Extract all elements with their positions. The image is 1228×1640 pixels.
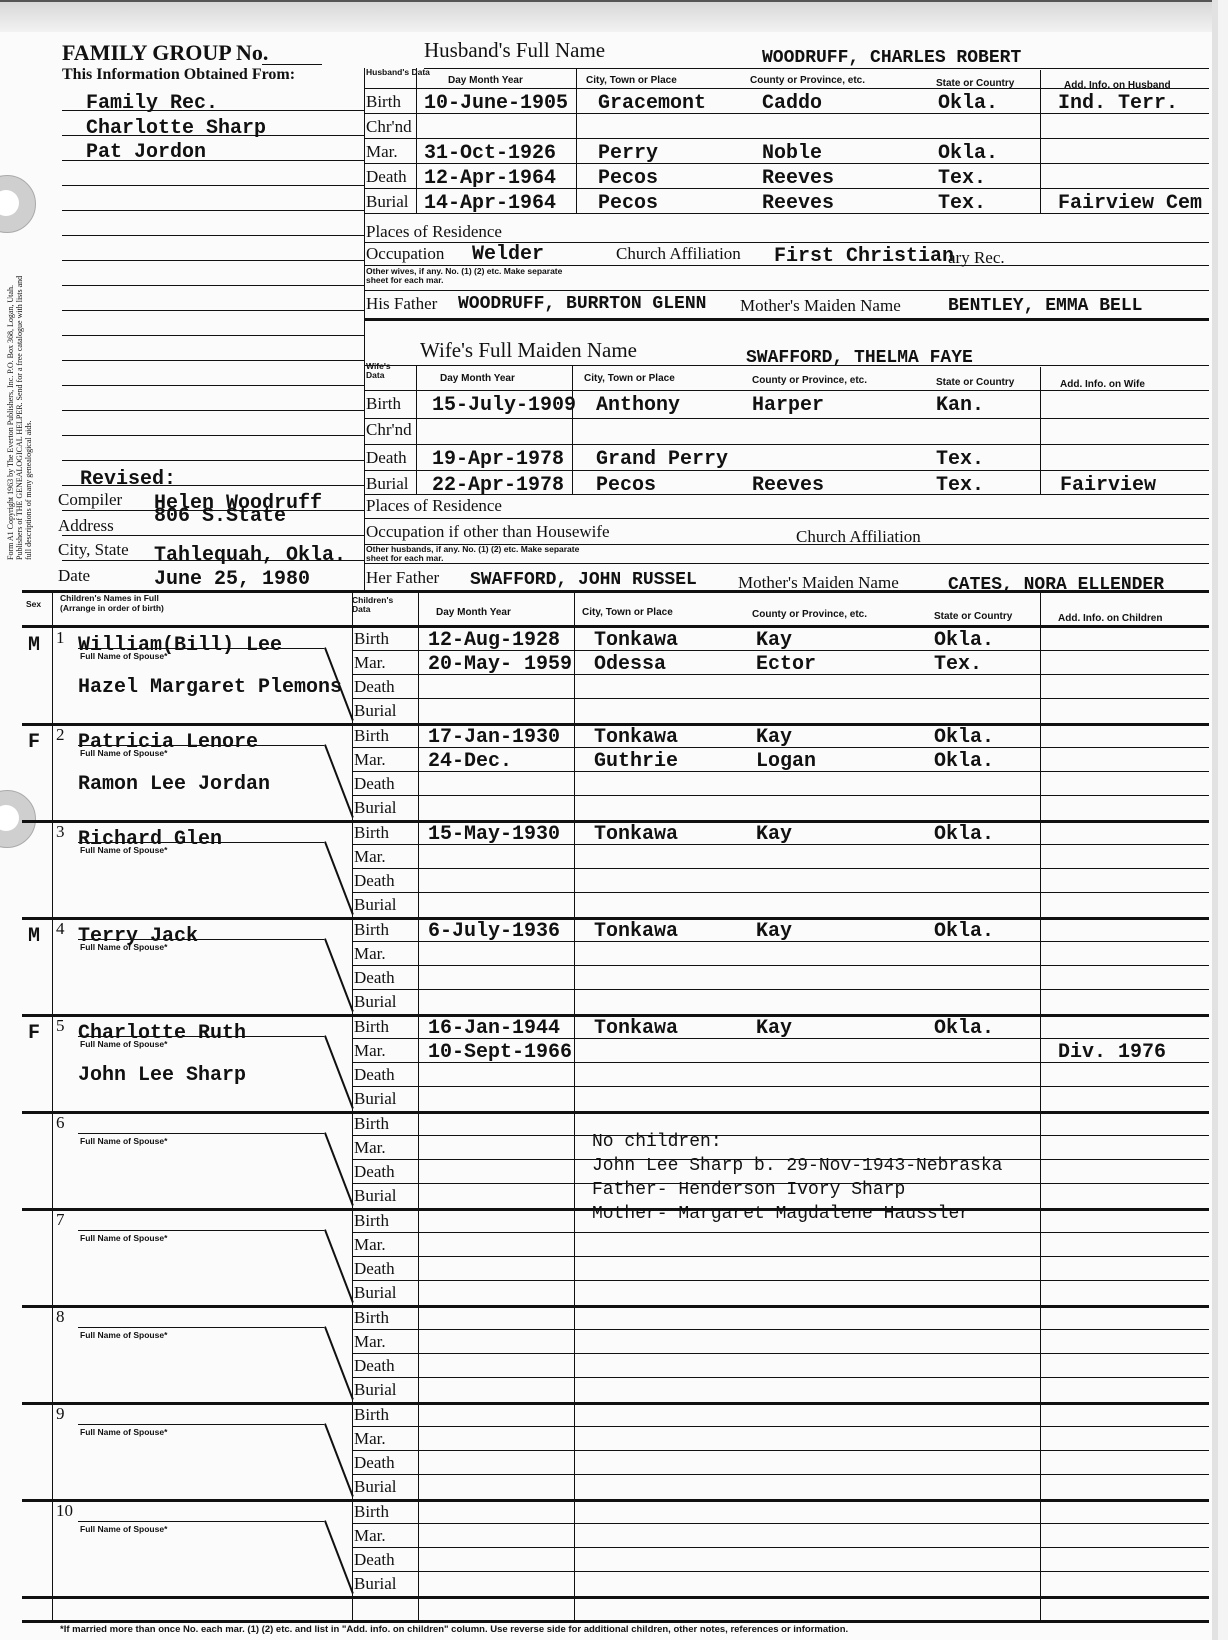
col-divider bbox=[572, 365, 573, 494]
table-rule bbox=[364, 390, 1209, 391]
spouse-label: Full Name of Spouse* bbox=[80, 1234, 167, 1243]
husband-event-date: 10-June-1905 bbox=[424, 92, 568, 115]
child-event-type: Mar. bbox=[354, 944, 386, 964]
spouse-line bbox=[78, 648, 324, 649]
table-rule bbox=[352, 1159, 1209, 1160]
divider bbox=[364, 318, 1209, 321]
wife-name-label: Wife's Full Maiden Name bbox=[420, 338, 637, 363]
husband-event-type: Burial bbox=[366, 192, 409, 212]
wife-event-city: Anthony bbox=[596, 394, 680, 417]
spouse-line-diagonal bbox=[324, 1326, 354, 1400]
child-event-type: Burial bbox=[354, 1089, 397, 1109]
divider bbox=[364, 518, 1209, 519]
col-date-header: Day Month Year bbox=[440, 373, 515, 384]
city-state-label: City, State bbox=[58, 540, 129, 560]
child-event-date: 12-Aug-1928 bbox=[428, 629, 560, 652]
table-rule bbox=[364, 88, 1209, 89]
husband-event-type: Birth bbox=[366, 92, 401, 112]
child-event-type: Burial bbox=[354, 895, 397, 915]
col-divider bbox=[52, 592, 53, 1620]
husband-event-type: Death bbox=[366, 167, 407, 187]
child-event-type: Birth bbox=[354, 1017, 389, 1037]
child-number: 8 bbox=[56, 1307, 65, 1327]
child-event-date: 17-Jan-1930 bbox=[428, 726, 560, 749]
child-sex: F bbox=[28, 1022, 40, 1045]
spouse-label: Full Name of Spouse* bbox=[80, 1137, 167, 1146]
punch-hole bbox=[0, 175, 36, 233]
table-rule bbox=[352, 868, 1209, 869]
child-event-city: Guthrie bbox=[594, 750, 678, 773]
table-rule bbox=[352, 1571, 1209, 1572]
child-event-type: Mar. bbox=[354, 1429, 386, 1449]
spouse-line-diagonal bbox=[324, 841, 354, 915]
table-rule bbox=[352, 795, 1209, 796]
child-event-type: Mar. bbox=[354, 653, 386, 673]
child-event-state: Okla. bbox=[934, 750, 994, 773]
spouse-line bbox=[78, 1036, 324, 1037]
ruled-line bbox=[62, 110, 364, 111]
family-group-sheet: FAMILY GROUP No. Husband's Full Name WOO… bbox=[0, 0, 1218, 1640]
table-rule bbox=[352, 1183, 1209, 1184]
col-county-header: County or Province, etc. bbox=[750, 75, 865, 86]
husband-event-date: 31-Oct-1926 bbox=[424, 142, 556, 165]
family-group-number-line bbox=[262, 64, 322, 65]
child-event-info: Div. 1976 bbox=[1058, 1041, 1166, 1064]
child-event-type: Burial bbox=[354, 701, 397, 721]
husband-occupation-label: Occupation bbox=[366, 244, 444, 264]
spouse-line bbox=[78, 745, 324, 746]
child-event-county: Kay bbox=[756, 629, 792, 652]
ruled-line bbox=[62, 160, 364, 161]
ruled-line bbox=[62, 535, 364, 536]
child-event-type: Birth bbox=[354, 1308, 389, 1328]
table-rule bbox=[364, 418, 1209, 419]
child-event-type: Death bbox=[354, 677, 395, 697]
child-event-type: Death bbox=[354, 1356, 395, 1376]
child-number: 1 bbox=[56, 628, 65, 648]
divider bbox=[22, 1620, 1209, 1623]
ruled-line bbox=[62, 335, 364, 336]
col-state-header: State or Country bbox=[936, 377, 1014, 388]
wife-event-city: Pecos bbox=[596, 474, 656, 497]
footnote: *If married more than once No. each mar.… bbox=[60, 1624, 848, 1635]
child-event-type: Death bbox=[354, 774, 395, 794]
ruled-line bbox=[62, 485, 364, 486]
spouse-label: Full Name of Spouse* bbox=[80, 1040, 167, 1049]
husband-event-info: Fairview Cem bbox=[1058, 192, 1202, 215]
table-rule bbox=[352, 892, 1209, 893]
compiler-label: Compiler bbox=[58, 490, 122, 510]
child-number: 7 bbox=[56, 1210, 65, 1230]
child-sex: M bbox=[28, 634, 40, 657]
col-divider bbox=[576, 68, 577, 213]
col-date-header: Day Month Year bbox=[436, 607, 511, 618]
wife-event-date: 15-July-1909 bbox=[432, 394, 576, 417]
child-event-type: Birth bbox=[354, 629, 389, 649]
spouse-line bbox=[78, 1327, 324, 1328]
husband-event-date: 12-Apr-1964 bbox=[424, 167, 556, 190]
ruled-line bbox=[62, 385, 364, 386]
husband-event-county: Reeves bbox=[762, 167, 834, 190]
date-label: Date bbox=[58, 566, 90, 586]
wife-event-state: Kan. bbox=[936, 394, 984, 417]
child-event-type: Death bbox=[354, 1162, 395, 1182]
child-event-type: Mar. bbox=[354, 1235, 386, 1255]
divider bbox=[22, 590, 1209, 593]
ruled-line bbox=[62, 260, 364, 261]
child-number: 2 bbox=[56, 725, 65, 745]
col-add-info-header: Add. Info. on Husband bbox=[1064, 80, 1171, 91]
other-wives-label: Other wives, if any. No. (1) (2) etc. Ma… bbox=[366, 267, 586, 285]
child-event-type: Death bbox=[354, 1259, 395, 1279]
child-block-divider bbox=[22, 1402, 1209, 1405]
spouse-line bbox=[78, 842, 324, 843]
table-rule bbox=[364, 444, 1209, 445]
child-number: 5 bbox=[56, 1016, 65, 1036]
table-rule bbox=[352, 1038, 1209, 1039]
child-event-type: Burial bbox=[354, 1380, 397, 1400]
table-rule bbox=[352, 698, 1209, 699]
child-event-city: Odessa bbox=[594, 653, 666, 676]
child-event-state: Okla. bbox=[934, 1017, 994, 1040]
punch-hole bbox=[0, 790, 36, 848]
divider bbox=[364, 563, 1209, 564]
child-event-state: Okla. bbox=[934, 823, 994, 846]
table-rule bbox=[352, 1135, 1209, 1136]
child-event-date: 16-Jan-1944 bbox=[428, 1017, 560, 1040]
husband-father: WOODRUFF, BURRTON GLENN bbox=[458, 294, 706, 314]
child-event-type: Mar. bbox=[354, 1041, 386, 1061]
table-rule bbox=[364, 365, 1209, 366]
husband-name: WOODRUFF, CHARLES ROBERT bbox=[762, 48, 1021, 68]
husband-event-city: Gracemont bbox=[598, 92, 706, 115]
table-rule bbox=[352, 844, 1209, 845]
child-event-type: Birth bbox=[354, 1211, 389, 1231]
col-divider bbox=[1040, 70, 1041, 213]
spouse-label: Full Name of Spouse* bbox=[80, 846, 167, 855]
child-event-type: Death bbox=[354, 1453, 395, 1473]
child-number: 3 bbox=[56, 822, 65, 842]
child-block-divider bbox=[22, 1596, 1209, 1599]
ruled-line bbox=[62, 210, 364, 211]
child-event-type: Death bbox=[354, 1065, 395, 1085]
table-rule bbox=[352, 1062, 1209, 1063]
husband-event-state: Tex. bbox=[938, 192, 986, 215]
ruled-line bbox=[62, 135, 364, 136]
spouse-line-diagonal bbox=[324, 1229, 354, 1303]
table-rule bbox=[352, 1280, 1209, 1281]
address-label: Address bbox=[58, 516, 114, 536]
note-line-4: Mother- Margaret Magdalene Haussler bbox=[592, 1204, 970, 1224]
wife-event-date: 19-Apr-1978 bbox=[432, 448, 564, 471]
child-spouse: Hazel Margaret Plemons bbox=[78, 676, 342, 699]
husband-event-city: Pecos bbox=[598, 192, 658, 215]
divider bbox=[22, 625, 1209, 628]
child-event-date: 10-Sept-1966 bbox=[428, 1041, 572, 1064]
col-county-header: County or Province, etc. bbox=[752, 609, 867, 620]
child-number: 10 bbox=[56, 1501, 73, 1521]
spouse-label: Full Name of Spouse* bbox=[80, 1331, 167, 1340]
table-rule bbox=[352, 747, 1209, 748]
child-event-date: 6-July-1936 bbox=[428, 920, 560, 943]
child-event-type: Mar. bbox=[354, 1332, 386, 1352]
spouse-line bbox=[78, 939, 324, 940]
children-data-header: Children's Data bbox=[352, 596, 402, 614]
husband-occupation: Welder bbox=[472, 243, 544, 266]
child-event-type: Mar. bbox=[354, 1138, 386, 1158]
table-rule bbox=[352, 1474, 1209, 1475]
child-event-type: Burial bbox=[354, 1477, 397, 1497]
divider bbox=[364, 68, 365, 590]
ruled-line bbox=[62, 285, 364, 286]
child-block-divider bbox=[22, 1111, 1209, 1114]
source-1: Family Rec. bbox=[86, 92, 218, 115]
husband-event-county: Noble bbox=[762, 142, 822, 165]
wife-event-county: Reeves bbox=[752, 474, 824, 497]
table-rule bbox=[352, 1329, 1209, 1330]
spouse-line bbox=[78, 1133, 324, 1134]
table-rule bbox=[352, 771, 1209, 772]
ruled-line bbox=[62, 310, 364, 311]
spouse-label: Full Name of Spouse* bbox=[80, 1428, 167, 1437]
child-event-date: 20-May- 1959 bbox=[428, 653, 572, 676]
table-rule bbox=[352, 674, 1209, 675]
ruled-line bbox=[62, 560, 364, 561]
table-rule bbox=[352, 1086, 1209, 1087]
husband-father-label: His Father bbox=[366, 294, 437, 314]
spouse-line bbox=[78, 1230, 324, 1231]
col-county-header: County or Province, etc. bbox=[752, 375, 867, 386]
wife-occupation-label: Occupation if other than Housewife bbox=[366, 522, 610, 542]
col-city-header: City, Town or Place bbox=[584, 373, 675, 384]
address-value: 806 S.State bbox=[154, 505, 286, 528]
child-event-city: Tonkawa bbox=[594, 726, 678, 749]
child-event-type: Death bbox=[354, 968, 395, 988]
child-event-city: Tonkawa bbox=[594, 823, 678, 846]
wife-event-type: Burial bbox=[366, 474, 409, 494]
child-event-type: Mar. bbox=[354, 750, 386, 770]
spouse-label: Full Name of Spouse* bbox=[80, 652, 167, 661]
spouse-label: Full Name of Spouse* bbox=[80, 1525, 167, 1534]
wife-event-type: Chr'nd bbox=[366, 420, 412, 440]
table-rule bbox=[352, 1353, 1209, 1354]
divider bbox=[424, 68, 1209, 69]
husband-event-city: Pecos bbox=[598, 167, 658, 190]
child-number: 9 bbox=[56, 1404, 65, 1424]
child-event-date: 24-Dec. bbox=[428, 750, 512, 773]
child-event-type: Burial bbox=[354, 1574, 397, 1594]
child-event-county: Kay bbox=[756, 920, 792, 943]
husband-event-state: Okla. bbox=[938, 142, 998, 165]
spouse-line bbox=[78, 1521, 324, 1522]
child-event-type: Birth bbox=[354, 726, 389, 746]
child-event-county: Kay bbox=[756, 823, 792, 846]
spouse-line-diagonal bbox=[324, 1132, 354, 1206]
child-event-type: Burial bbox=[354, 992, 397, 1012]
page-top-edge bbox=[0, 0, 1212, 32]
wife-residence-label: Places of Residence bbox=[366, 496, 502, 516]
child-event-county: Logan bbox=[756, 750, 816, 773]
husband-data-header: Husband's Data bbox=[366, 68, 430, 77]
wife-event-county: Harper bbox=[752, 394, 824, 417]
ruled-line bbox=[62, 410, 364, 411]
wife-event-city: Grand Perry bbox=[596, 448, 728, 471]
child-event-type: Birth bbox=[354, 920, 389, 940]
wife-father: SWAFFORD, JOHN RUSSEL bbox=[470, 570, 697, 590]
table-rule bbox=[352, 1450, 1209, 1451]
child-number: 4 bbox=[56, 919, 65, 939]
table-rule bbox=[352, 650, 1209, 651]
city-state-value: Tahlequah, Okla. bbox=[154, 544, 346, 567]
husband-event-type: Mar. bbox=[366, 142, 398, 162]
other-husbands-label: Other husbands, if any. No. (1) (2) etc.… bbox=[366, 545, 596, 563]
child-event-state: Okla. bbox=[934, 629, 994, 652]
child-spouse: Ramon Lee Jordan bbox=[78, 773, 270, 796]
table-rule bbox=[352, 965, 1209, 966]
child-number: 6 bbox=[56, 1113, 65, 1133]
table-rule bbox=[364, 138, 1209, 139]
spouse-line-diagonal bbox=[324, 1423, 354, 1497]
husband-church-label: Church Affiliation bbox=[616, 244, 741, 264]
child-sex: F bbox=[28, 731, 40, 754]
divider bbox=[364, 290, 1209, 291]
table-rule bbox=[352, 1426, 1209, 1427]
husband-mother: BENTLEY, EMMA BELL bbox=[948, 296, 1142, 316]
table-rule bbox=[352, 941, 1209, 942]
form-title: FAMILY GROUP No. bbox=[62, 40, 268, 66]
child-event-type: Birth bbox=[354, 823, 389, 843]
child-event-date: 15-May-1930 bbox=[428, 823, 560, 846]
sex-header: Sex bbox=[26, 600, 41, 609]
table-rule bbox=[352, 1232, 1209, 1233]
child-event-type: Death bbox=[354, 1550, 395, 1570]
ruled-line bbox=[62, 510, 364, 511]
husband-event-date: 14-Apr-1964 bbox=[424, 192, 556, 215]
husband-event-county: Reeves bbox=[762, 192, 834, 215]
spouse-label: Full Name of Spouse* bbox=[80, 749, 167, 758]
col-divider bbox=[1040, 367, 1041, 494]
child-event-type: Birth bbox=[354, 1502, 389, 1522]
table-rule bbox=[352, 1547, 1209, 1548]
spouse-line-diagonal bbox=[324, 1520, 354, 1594]
child-block-divider bbox=[22, 1499, 1209, 1502]
child-event-type: Mar. bbox=[354, 1526, 386, 1546]
child-block-divider bbox=[22, 1208, 1209, 1211]
child-spouse: John Lee Sharp bbox=[78, 1064, 246, 1087]
child-event-type: Burial bbox=[354, 1283, 397, 1303]
child-event-type: Burial bbox=[354, 798, 397, 818]
wife-event-date: 22-Apr-1978 bbox=[432, 474, 564, 497]
husband-event-city: Perry bbox=[598, 142, 658, 165]
ruled-line bbox=[62, 360, 364, 361]
wife-event-type: Birth bbox=[366, 394, 401, 414]
children-names-header: Children's Names in Full bbox=[60, 594, 159, 603]
col-city-header: City, Town or Place bbox=[586, 75, 677, 86]
spouse-line-diagonal bbox=[324, 1035, 354, 1109]
wife-event-state: Tex. bbox=[936, 474, 984, 497]
child-block-divider bbox=[22, 1305, 1209, 1308]
child-event-type: Mar. bbox=[354, 847, 386, 867]
ruled-line bbox=[62, 460, 364, 461]
child-event-type: Birth bbox=[354, 1405, 389, 1425]
child-event-county: Kay bbox=[756, 1017, 792, 1040]
spouse-line-diagonal bbox=[324, 938, 354, 1012]
child-event-type: Death bbox=[354, 871, 395, 891]
source-2: Charlotte Sharp bbox=[86, 117, 266, 140]
child-event-state: Okla. bbox=[934, 920, 994, 943]
ruled-line bbox=[62, 235, 364, 236]
wife-father-label: Her Father bbox=[366, 568, 439, 588]
col-city-header: City, Town or Place bbox=[582, 607, 673, 618]
child-event-city: Tonkawa bbox=[594, 1017, 678, 1040]
child-event-type: Birth bbox=[354, 1114, 389, 1134]
husband-event-info: Ind. Terr. bbox=[1058, 92, 1178, 115]
obtained-from-label: This Information Obtained From: bbox=[62, 66, 295, 84]
revised-label: Revised: bbox=[80, 468, 176, 491]
child-event-city: Tonkawa bbox=[594, 629, 678, 652]
husband-event-state: Tex. bbox=[938, 167, 986, 190]
child-event-state: Tex. bbox=[934, 653, 982, 676]
table-rule bbox=[352, 989, 1209, 990]
date-value: June 25, 1980 bbox=[154, 568, 310, 591]
col-divider bbox=[416, 365, 417, 494]
child-event-county: Ector bbox=[756, 653, 816, 676]
ruled-line bbox=[62, 435, 364, 436]
col-add-info-header: Add. Info. on Children bbox=[1058, 613, 1162, 624]
wife-event-state: Tex. bbox=[936, 448, 984, 471]
husband-event-state: Okla. bbox=[938, 92, 998, 115]
ruled-line bbox=[62, 185, 364, 186]
copyright-notice: Form A1 Copyright 1963 by The Everton Pu… bbox=[6, 270, 33, 560]
husband-residence-label: Places of Residence bbox=[366, 222, 502, 242]
col-state-header: State or Country bbox=[934, 611, 1012, 622]
wife-event-type: Death bbox=[366, 448, 407, 468]
child-event-state: Okla. bbox=[934, 726, 994, 749]
children-names-subheader: (Arrange in order of birth) bbox=[60, 604, 164, 613]
table-rule bbox=[352, 1377, 1209, 1378]
husband-event-type: Chr'nd bbox=[366, 117, 412, 137]
table-rule bbox=[352, 1523, 1209, 1524]
spouse-line-diagonal bbox=[324, 744, 354, 818]
spouse-label: Full Name of Spouse* bbox=[80, 943, 167, 952]
husband-event-county: Caddo bbox=[762, 92, 822, 115]
child-event-city: Tonkawa bbox=[594, 920, 678, 943]
col-divider bbox=[416, 68, 417, 213]
table-rule bbox=[352, 1256, 1209, 1257]
child-event-type: Burial bbox=[354, 1186, 397, 1206]
husband-name-label: Husband's Full Name bbox=[424, 38, 605, 63]
husband-mother-label: Mother's Maiden Name bbox=[740, 296, 901, 316]
col-date-header: Day Month Year bbox=[448, 75, 523, 86]
col-add-info-header: Add. Info. on Wife bbox=[1060, 379, 1145, 390]
child-event-county: Kay bbox=[756, 726, 792, 749]
wife-event-info: Fairview bbox=[1060, 474, 1156, 497]
child-sex: M bbox=[28, 925, 40, 948]
spouse-line bbox=[78, 1424, 324, 1425]
